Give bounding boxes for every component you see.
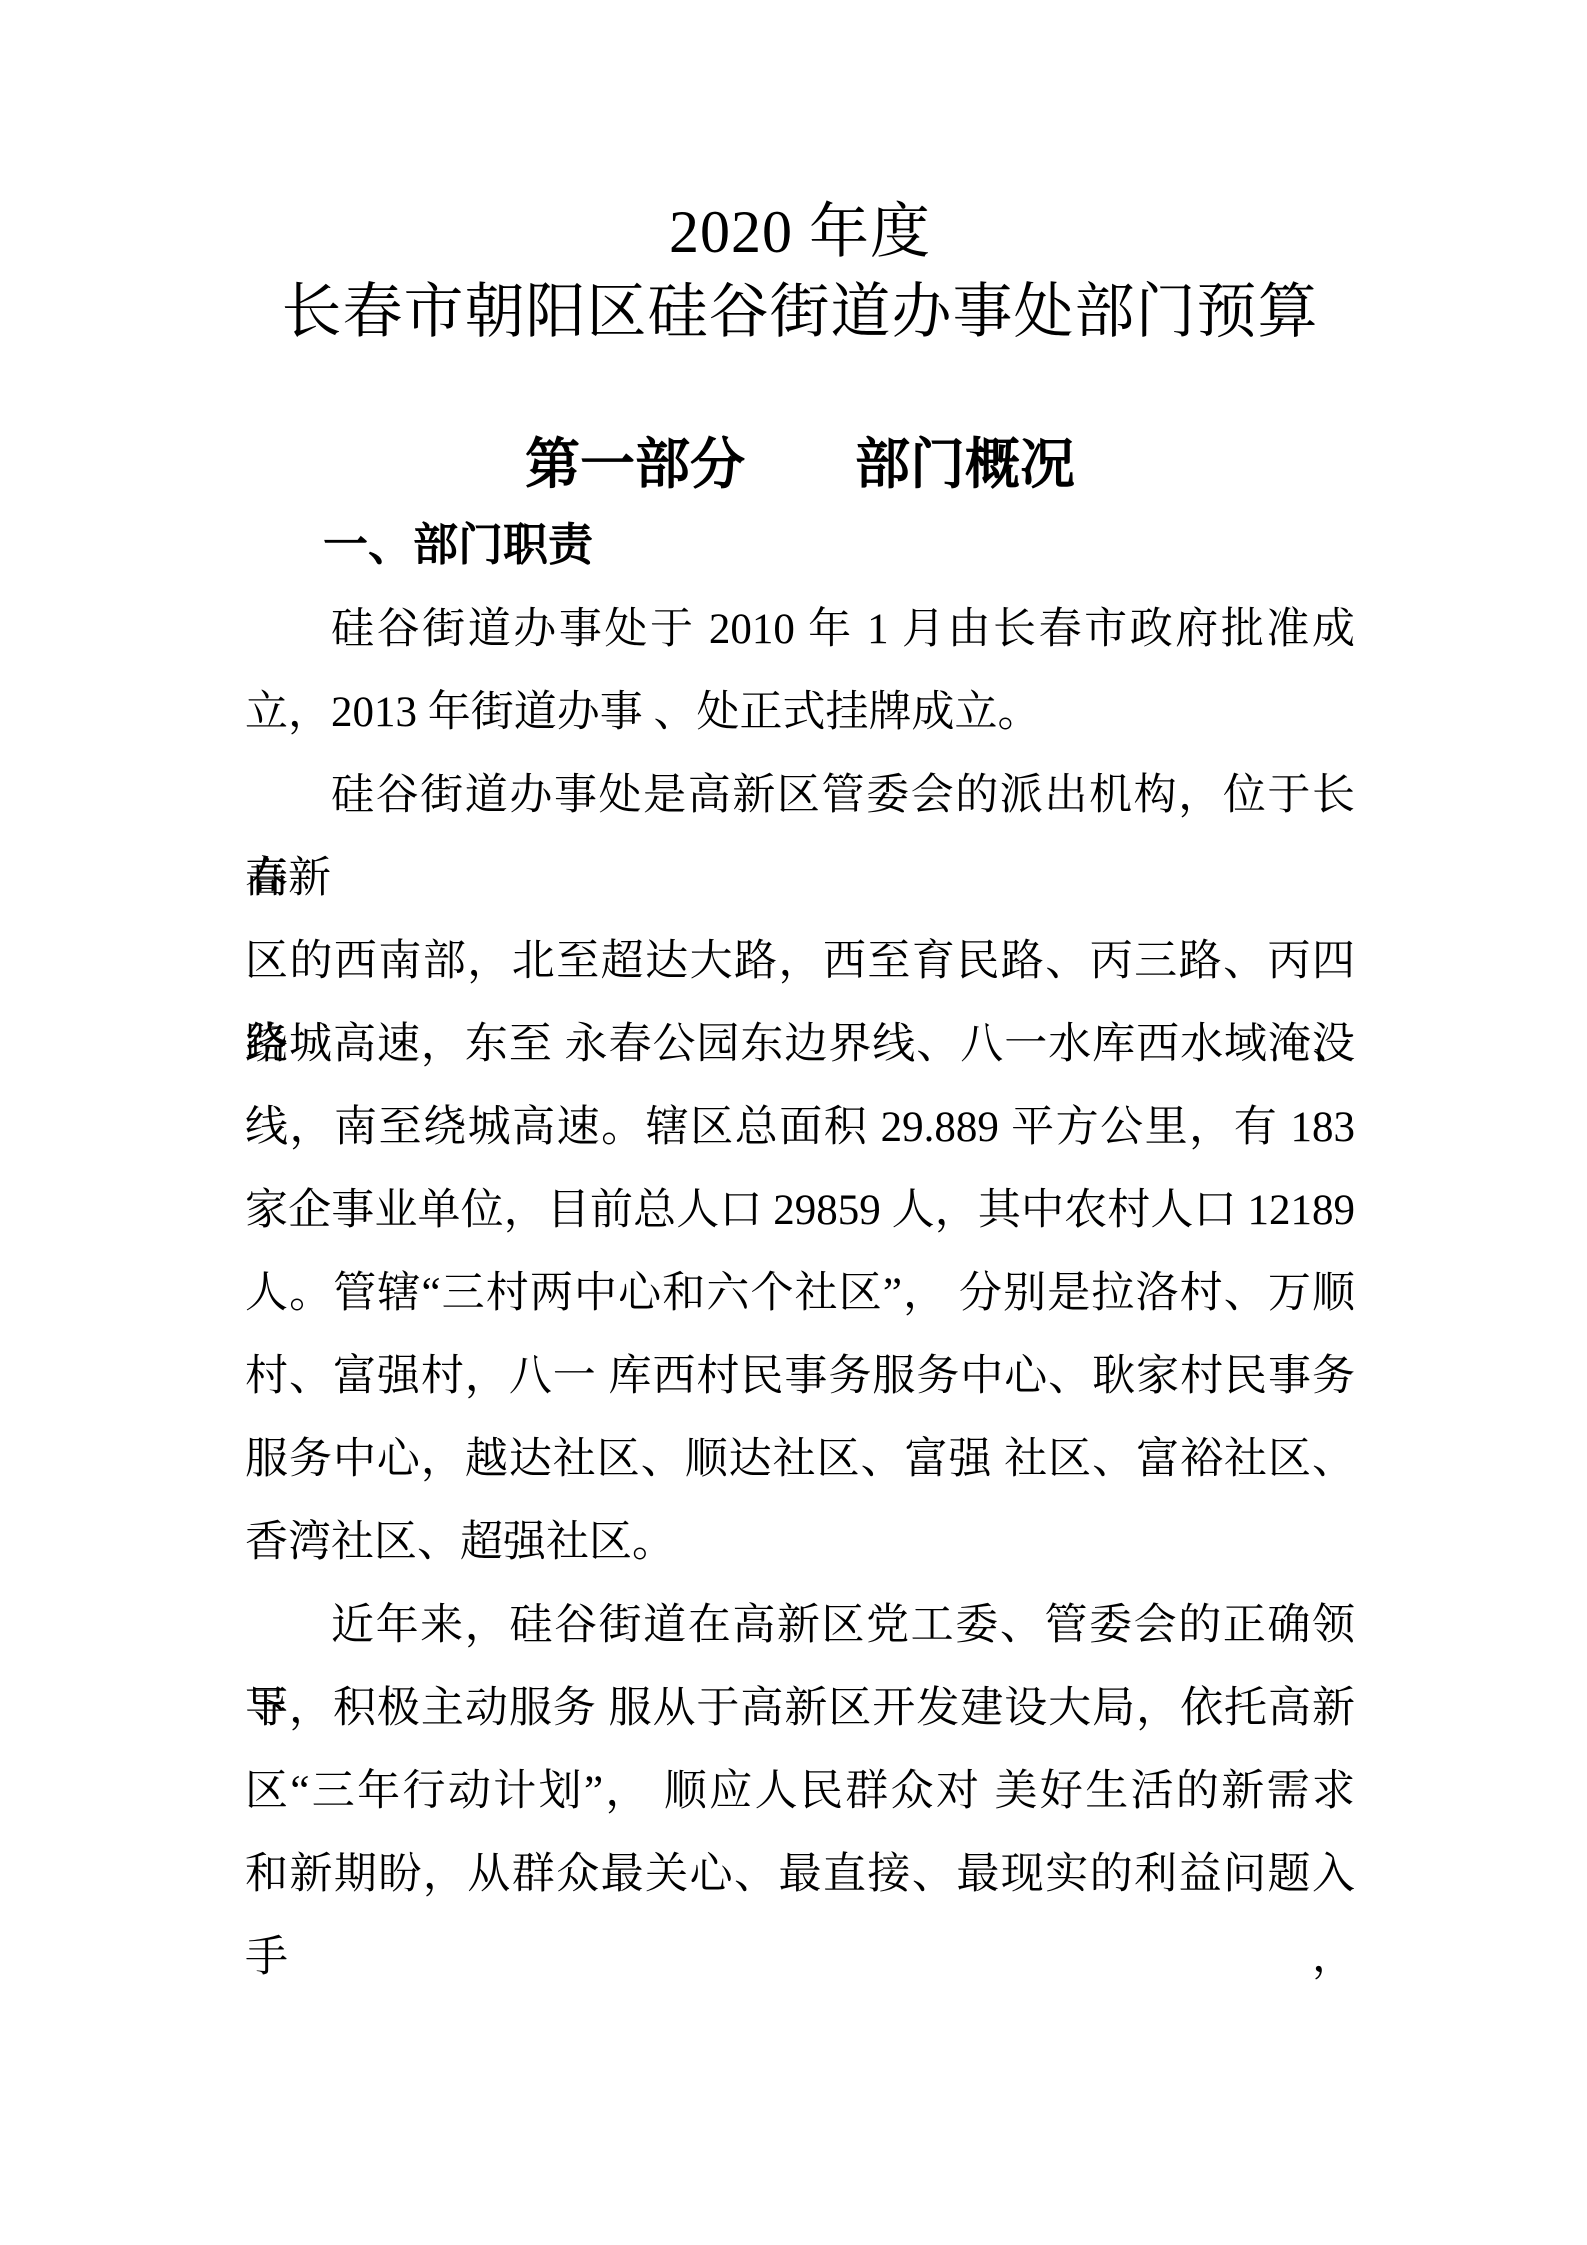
body-line: 立，2013 年街道办事 、处正式挂牌成立。 xyxy=(245,671,1355,754)
body-line: 区“三年行动计划”， 顺应人民群众对 美好生活的新需求 xyxy=(245,1750,1355,1833)
part-one-heading: 第一部分 部门概况 xyxy=(245,432,1355,498)
body-line: 线，南至绕城高速。辖区总面积 29.889 平方公里，有 183 xyxy=(245,1086,1355,1169)
body-text: 硅谷街道办事处于 2010 年 1 月由长春市政府批准成 立，2013 年街道办… xyxy=(245,588,1355,1916)
body-line: 高新 xyxy=(245,837,1355,920)
body-line: 绕城高速，东至 永春公园东边界线、八一水库西水域淹没 xyxy=(245,1003,1355,1086)
body-line: 硅谷街道办事处是高新区管委会的派出机构，位于长春 xyxy=(245,754,1355,837)
body-line: 下，积极主动服务 服从于高新区开发建设大局，依托高新 xyxy=(245,1667,1355,1750)
section-heading-duties: 一、部门职责 xyxy=(323,518,1355,572)
body-line: 村、富强村，八一 库西村民事务服务中心、耿家村民事务 xyxy=(245,1335,1355,1418)
body-line: 区的西南部，北至超达大路，西至育民路、丙三路、丙四路、 xyxy=(245,920,1355,1003)
document-title-year: 2020 年度 xyxy=(245,196,1355,268)
document-page: 2020 年度 长春市朝阳区硅谷街道办事处部门预算 第一部分 部门概况 一、部门… xyxy=(0,0,1587,2245)
document-title-main: 长春市朝阳区硅谷街道办事处部门预算 xyxy=(245,276,1355,348)
body-line: 近年来，硅谷街道在高新区党工委、管委会的正确领导 xyxy=(245,1584,1355,1667)
body-line: 服务中心，越达社区、顺达社区、富强 社区、富裕社区、 xyxy=(245,1418,1355,1501)
body-line: 硅谷街道办事处于 2010 年 1 月由长春市政府批准成 xyxy=(245,588,1355,671)
body-line: 家企事业单位，目前总人口 29859 人，其中农村人口 12189 xyxy=(245,1169,1355,1252)
body-line: 人。管辖“三村两中心和六个社区”， 分别是拉洛村、万顺 xyxy=(245,1252,1355,1335)
body-line: 香湾社区、超强社区。 xyxy=(245,1501,1355,1584)
document-content: 2020 年度 长春市朝阳区硅谷街道办事处部门预算 第一部分 部门概况 一、部门… xyxy=(0,196,1587,1916)
body-line: 和新期盼，从群众最关心、最直接、最现实的利益问题入手， xyxy=(245,1833,1355,1916)
